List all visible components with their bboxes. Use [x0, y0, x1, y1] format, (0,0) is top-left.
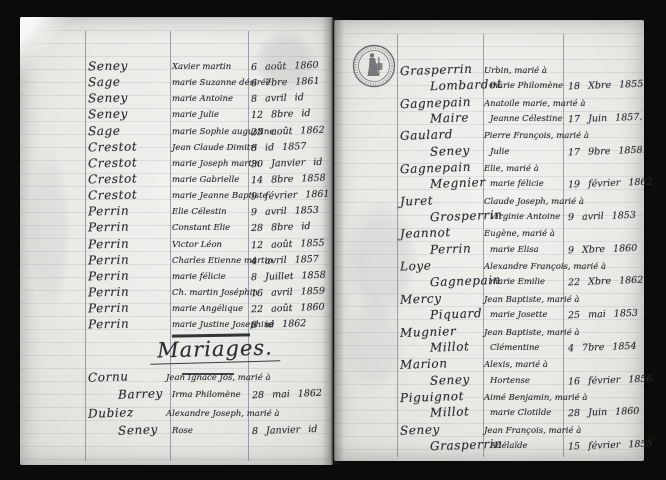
- marriage-date: 28 mai 1862: [252, 388, 322, 401]
- marriage-entry: Gagnepain Anatoile marie, marié à Maire …: [334, 95, 644, 128]
- wife-surname: Seney: [430, 143, 470, 158]
- register-row: Crestot Jean Claude Dimitri 8 id 1857: [20, 140, 333, 156]
- register-left-page: Seney Xavier martin 6 août 1860 Sage mar…: [20, 17, 333, 465]
- wife-given-names: marie Elisa: [490, 245, 539, 255]
- surname: Sage: [88, 75, 121, 90]
- marriage-entries: Grasperrin Urbin, marié à Lombardot mari…: [334, 62, 644, 454]
- surname: Perrin: [88, 301, 130, 316]
- marriage-entry: Gagnepain Elie, marié à Megnier marie fé…: [334, 160, 644, 193]
- given-names: Xavier martin: [172, 62, 231, 72]
- wife-given-names: marie Clotilde: [490, 408, 551, 418]
- record-date: 6 7bre 1861: [251, 76, 320, 89]
- wife-given-names: Jeanne Célestine: [490, 114, 562, 124]
- wife-surname: Piquard: [430, 306, 483, 322]
- given-names: marie Julie: [172, 110, 219, 120]
- surname: Crestot: [88, 188, 137, 203]
- register-row: Perrin marie Justine Josephine 8 id 1862: [20, 317, 333, 333]
- husband-surname: Marion: [400, 356, 448, 372]
- wife-given-names: Julie: [490, 147, 509, 157]
- surname: Perrin: [88, 204, 130, 219]
- marriage-entry: Mugnier Jean Baptiste, marié à Millot Cl…: [334, 324, 644, 357]
- husband-given-names: Jean Baptiste, marié à: [484, 295, 580, 305]
- given-names: marie Antoine: [172, 94, 233, 104]
- record-date: 8 Juillet 1858: [251, 270, 326, 284]
- husband-surname: Mugnier: [400, 324, 457, 340]
- register-row: Perrin Elie Célestin 9 avril 1853: [20, 204, 333, 220]
- given-names: Ch. martin Joséphin: [172, 288, 258, 298]
- birth-register-rows: Seney Xavier martin 6 août 1860 Sage mar…: [20, 59, 333, 333]
- husband-surname: Gagnepain: [400, 160, 472, 176]
- marriage-entry: Mercy Jean Baptiste, marié à Piquard mar…: [334, 291, 644, 324]
- register-row: Seney marie Antoine 8 avril id: [20, 91, 333, 107]
- surname: Perrin: [88, 236, 130, 251]
- register-scan-photo: Seney Xavier martin 6 août 1860 Sage mar…: [0, 0, 666, 480]
- record-date: 8 id 1862: [251, 318, 307, 331]
- marriage-date: 17 9bre 1858.: [568, 144, 646, 158]
- register-right-page: Grasperrin Urbin, marié à Lombardot mari…: [334, 20, 644, 461]
- marriage-entries: Cornu Jean Ignace Jos, marié à Barrey Ir…: [20, 369, 333, 441]
- husband-surname: Jeannot: [400, 226, 451, 242]
- husband-surname: Dubiez: [88, 405, 134, 421]
- marriage-entry: Cornu Jean Ignace Jos, marié à Barrey Ir…: [20, 369, 333, 405]
- surname: Seney: [88, 91, 128, 106]
- wife-surname: Barrey: [118, 386, 163, 402]
- wife-given-names: Clémentine: [490, 343, 539, 353]
- husband-surname: Mercy: [400, 291, 442, 306]
- marriage-date: 15 février 1855: [568, 438, 653, 452]
- record-date: 30 Janvier id: [251, 157, 323, 170]
- husband-given-names: Urbin, marié à: [484, 66, 547, 76]
- section-title: Mariages.: [150, 335, 281, 364]
- wife-surname: Megnier: [430, 175, 486, 191]
- record-date: 12 août 1855: [251, 237, 325, 251]
- given-names: marie Angélique: [172, 304, 243, 314]
- husband-surname: Gagnepain: [400, 94, 472, 110]
- marriage-date: 19 février 1862: [568, 177, 653, 191]
- register-row: Seney Xavier martin 6 août 1860: [20, 59, 333, 75]
- register-row: Crestot marie Gabrielle 14 8bre 1858: [20, 172, 333, 188]
- record-date: 6 août 1860: [251, 60, 319, 73]
- given-names: Victor Léon: [172, 240, 222, 250]
- husband-surname: Juret: [400, 193, 434, 208]
- marriage-entry: Marion Alexis, marié à Seney Hortense 16…: [334, 356, 644, 389]
- register-row: Crestot marie Jeanne Baptiste 9 février …: [20, 188, 333, 204]
- marriage-entry: Gaulard Pierre François, marié à Seney J…: [334, 127, 644, 160]
- register-row: Crestot marie Joseph martin 30 Janvier i…: [20, 156, 333, 172]
- wife-given-names: Irma Philomène: [172, 390, 241, 400]
- husband-surname: Seney: [400, 422, 440, 437]
- given-names: Elie Célestin: [172, 207, 227, 217]
- husband-given-names: Jean François, marié à: [484, 426, 581, 436]
- wife-given-names: marie Philomène: [490, 81, 563, 91]
- marriage-date: 4 7bre 1854: [568, 341, 637, 354]
- record-date: 9 février 1861: [251, 189, 330, 203]
- surname: Seney: [88, 59, 128, 74]
- given-names: Jean Claude Dimitri: [172, 143, 257, 153]
- register-row: Perrin Constant Elie 28 8bre id: [20, 220, 333, 236]
- wife-given-names: Virginie Antoine: [490, 212, 560, 222]
- marriage-date: 28 Juin 1860: [568, 406, 640, 419]
- surname: Crestot: [88, 155, 137, 170]
- surname: Sage: [88, 123, 121, 138]
- marriage-entry: Grasperrin Urbin, marié à Lombardot mari…: [334, 62, 644, 95]
- wife-given-names: marie Josette: [490, 310, 547, 320]
- marriage-entry: Dubiez Alexandre Joseph, marié à Seney R…: [20, 405, 333, 441]
- given-names: marie Joseph martin: [172, 159, 260, 169]
- husband-given-names: Alexandre François, marié à: [484, 262, 606, 272]
- marriage-entry: Loye Alexandre François, marié à Gagnepa…: [334, 258, 644, 291]
- wife-surname: Perrin: [430, 241, 472, 256]
- record-date: 23 août 1862: [251, 124, 325, 138]
- record-date: 9 avril 1853: [251, 205, 319, 218]
- husband-given-names: Anatoile marie, marié à: [484, 99, 585, 109]
- husband-surname: Gaulard: [400, 127, 454, 143]
- marriage-date: 16 février 1856: [568, 373, 653, 387]
- marriage-entry: Jeannot Eugène, marié à Perrin marie Eli…: [334, 225, 644, 258]
- register-row: Perrin Ch. martin Joséphin 16 avril 1859: [20, 285, 333, 301]
- surname: Crestot: [88, 172, 137, 187]
- wife-surname: Maire: [430, 110, 470, 125]
- husband-given-names: Eugène, marié à: [484, 229, 555, 239]
- wife-surname: Millot: [430, 405, 470, 420]
- husband-surname: Grasperrin: [400, 62, 473, 79]
- marriage-date: 22 Xbre 1862: [568, 275, 644, 289]
- record-date: 14 8bre 1858: [251, 173, 326, 187]
- husband-surname: Loye: [400, 259, 432, 274]
- marriage-date: 9 Xbre 1860: [568, 243, 638, 256]
- husband-given-names: Aimé Benjamin, marié à: [484, 393, 587, 403]
- wife-given-names: Rose: [172, 426, 193, 436]
- husband-given-names: Alexandre Joseph, marié à: [166, 409, 279, 419]
- surname: Perrin: [88, 317, 130, 332]
- record-date: 4 avril 1857: [251, 254, 319, 267]
- husband-surname: Cornu: [88, 369, 129, 384]
- husband-given-names: Pierre François, marié à: [484, 131, 589, 141]
- surname: Crestot: [88, 139, 137, 154]
- register-row: Perrin Charles Etienne martin 4 avril 18…: [20, 253, 333, 269]
- surname: Perrin: [88, 220, 130, 235]
- marriage-entry: Juret Claude Joseph, marié à Grosperrin …: [334, 193, 644, 226]
- register-row: Perrin marie Angélique 22 août 1860: [20, 301, 333, 317]
- register-row: Perrin Victor Léon 12 août 1855: [20, 237, 333, 253]
- marriage-date: 18 Xbre 1855: [568, 79, 644, 93]
- book-gutter-fold: [322, 17, 344, 465]
- marriage-entry: Seney Jean François, marié à Grasperrin …: [334, 422, 644, 455]
- surname: Perrin: [88, 268, 130, 283]
- given-names: Constant Elie: [172, 223, 230, 233]
- surname: Seney: [88, 107, 128, 122]
- given-names: marie félicie: [172, 272, 226, 282]
- wife-given-names: marie Emilie: [490, 277, 545, 287]
- wife-given-names: Adélaïde: [490, 441, 528, 451]
- register-row: Sage marie Suzanne désirée 6 7bre 1861: [20, 75, 333, 91]
- husband-given-names: Elie, marié à: [484, 164, 539, 174]
- given-names: marie Gabrielle: [172, 175, 239, 185]
- husband-surname: Piguignot: [400, 389, 464, 405]
- register-row: Sage marie Sophie augustine 23 août 1862: [20, 124, 333, 140]
- wife-surname: Seney: [118, 422, 158, 437]
- register-row: Perrin marie félicie 8 Juillet 1858: [20, 269, 333, 285]
- wife-given-names: marie félicie: [490, 179, 544, 189]
- marriage-entry: Piguignot Aimé Benjamin, marié à Millot …: [334, 389, 644, 422]
- wife-surname: Seney: [430, 372, 470, 387]
- marriage-date: 9 avril 1853: [568, 210, 636, 223]
- record-date: 28 8bre id: [251, 221, 311, 234]
- husband-given-names: Jean Baptiste, marié à: [484, 328, 580, 338]
- record-date: 8 avril id: [251, 92, 304, 105]
- husband-given-names: Claude Joseph, marié à: [484, 197, 584, 207]
- marriage-date: 17 Juin 1857.: [568, 112, 643, 126]
- record-date: 12 8bre id: [251, 108, 311, 121]
- record-date: 22 août 1860: [251, 302, 325, 316]
- marriage-date: 25 mai 1853: [568, 308, 638, 321]
- register-row: Seney marie Julie 12 8bre id: [20, 107, 333, 123]
- husband-given-names: Jean Ignace Jos, marié à: [166, 373, 271, 383]
- record-date: 8 id 1857: [251, 141, 307, 154]
- surname: Perrin: [88, 252, 130, 267]
- wife-given-names: Hortense: [490, 376, 530, 386]
- husband-given-names: Alexis, marié à: [484, 360, 548, 370]
- wife-surname: Millot: [430, 339, 470, 354]
- record-date: 16 avril 1859: [251, 286, 325, 300]
- surname: Perrin: [88, 285, 130, 300]
- marriage-date: 8 Janvier id: [252, 424, 318, 437]
